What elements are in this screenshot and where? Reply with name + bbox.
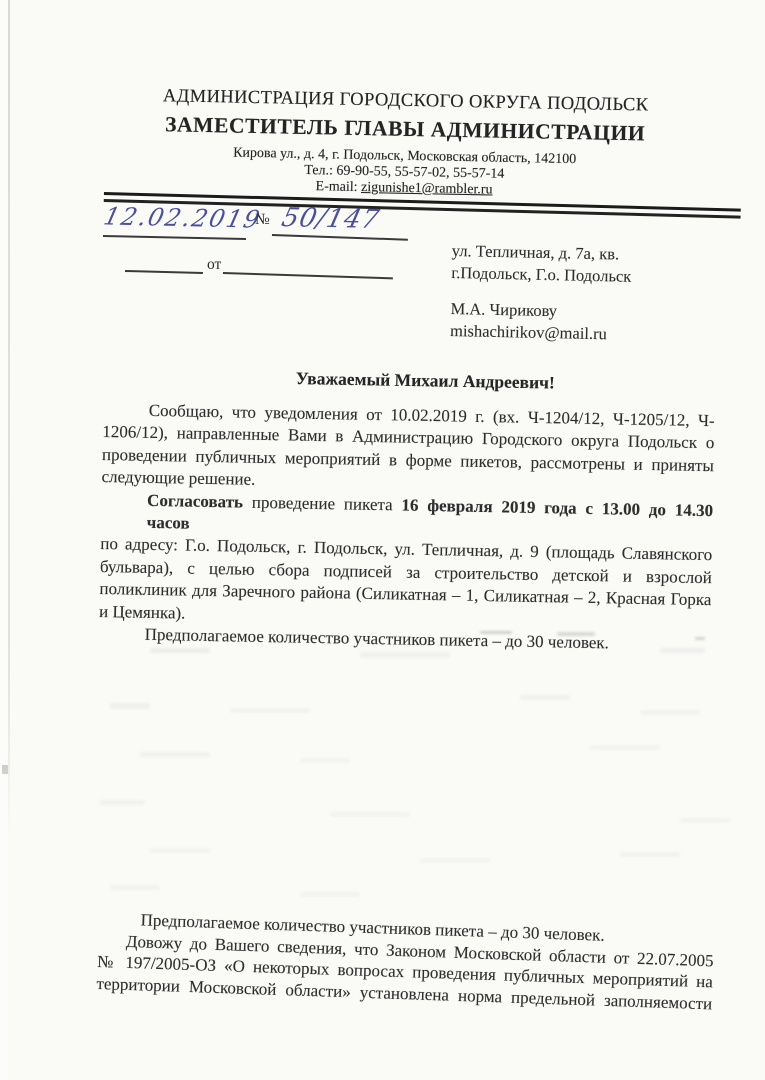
erased-text-smudge (695, 637, 705, 640)
erased-text-area (0, 628, 765, 908)
erased-text-smudge (110, 703, 150, 709)
date-blank-line (103, 235, 246, 240)
erased-text-smudge (620, 852, 680, 857)
handwritten-date: 12.02.2019 (101, 202, 264, 233)
email-label: E-mail: (315, 179, 361, 195)
paragraph-approval: Согласовать проведение пикета 16 февраля… (99, 489, 713, 635)
handwritten-outgoing-number: 50/147 (279, 203, 383, 235)
erased-text-smudge (420, 858, 490, 863)
erased-text-smudge (300, 892, 360, 897)
erased-text-smudge (300, 758, 350, 763)
erased-text-smudge (520, 695, 570, 700)
erased-text-smudge (640, 710, 700, 715)
erased-text-smudge (100, 800, 145, 805)
erased-text-smudge (110, 885, 160, 890)
erased-text-smudge (150, 848, 210, 853)
paragraph-notice: Сообщаю, что уведомления от 10.02.2019 г… (101, 399, 715, 500)
reply-ref-blank-line (125, 270, 203, 274)
reply-date-blank-line (223, 272, 393, 279)
bold-text-segment: Согласовать (147, 490, 243, 511)
erased-text-smudge (360, 652, 450, 658)
erased-text-smudge (230, 708, 310, 713)
erased-text-smudge (140, 752, 210, 757)
erased-text-smudge (660, 648, 705, 653)
erased-text-smudge (330, 812, 410, 817)
salutation: Уважаемый Михаил Андреевич! (296, 368, 555, 394)
from-label: от (207, 256, 221, 274)
erased-text-smudge (680, 818, 730, 823)
text-segment: проведение пикета (243, 492, 402, 514)
text-segment: и Цемянка). (99, 602, 186, 623)
letter-body: Сообщаю, что уведомления от 10.02.2019 г… (98, 399, 714, 657)
scanned-letter-page: АДМИНИСТРАЦИЯ ГОРОДСКОГО ОКРУГА ПОДОЛЬСК… (0, 0, 765, 1080)
erased-text-smudge (150, 648, 210, 653)
number-blank-line (272, 234, 408, 241)
letterhead-email-address: zigunishe1@rambler.ru (361, 180, 493, 198)
erased-text-smudge (557, 632, 595, 636)
scan-edge-strip (0, 0, 8, 1080)
addressee-block: ул. Тепличная, д. 7а, кв. г.Подольск, Г.… (450, 240, 632, 346)
letter-body-continued: Предполагаемое количество участников пик… (96, 908, 715, 1014)
addressee-email: mishachirikov@mail.ru (450, 320, 630, 346)
letterhead: АДМИНИСТРАЦИЯ ГОРОДСКОГО ОКРУГА ПОДОЛЬСК… (98, 84, 712, 203)
text-segment: следующие решение. (101, 467, 255, 489)
addressee-city: г.Подольск, Г.о. Подольск (451, 262, 631, 288)
number-sign-label: № (255, 211, 270, 229)
erased-text-smudge (480, 631, 512, 634)
erased-text-smudge (590, 745, 660, 750)
